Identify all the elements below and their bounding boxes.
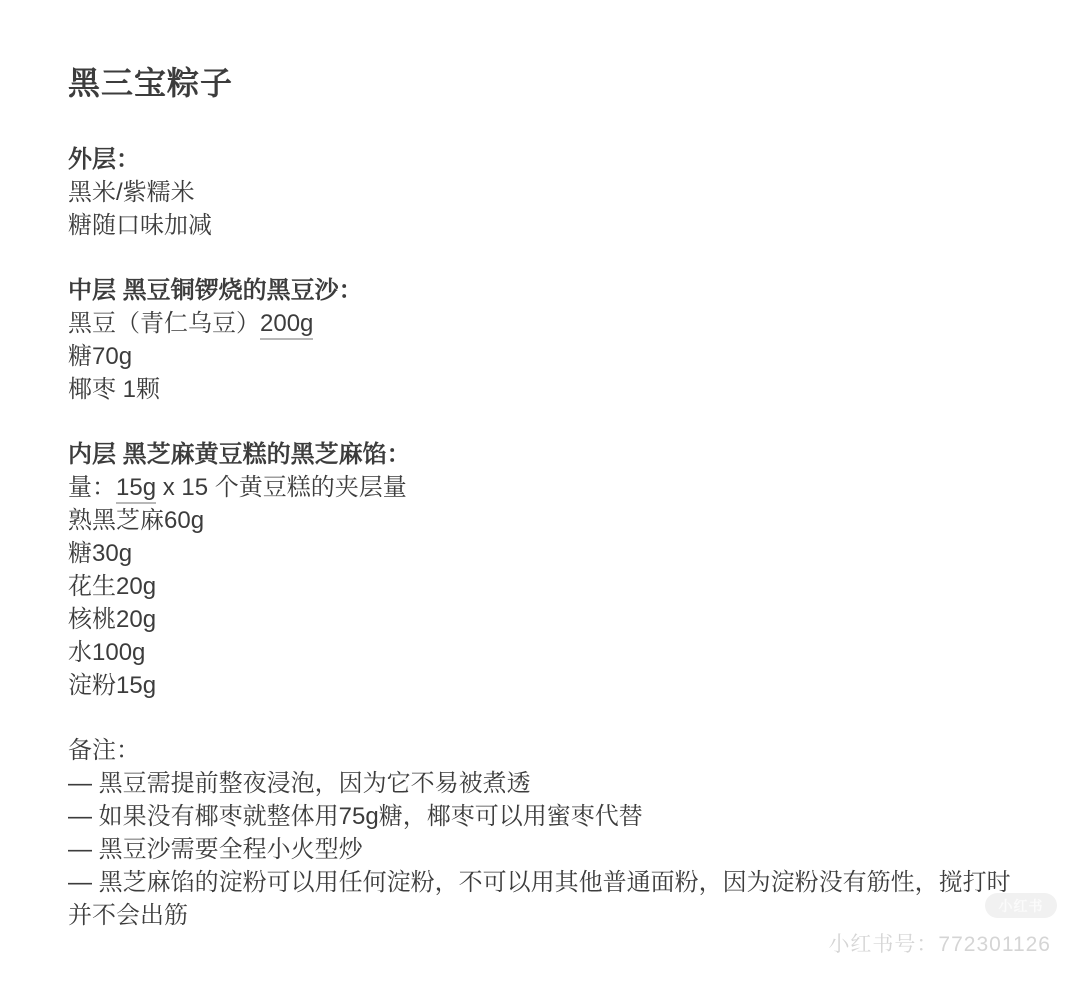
recipe-line: 黑米/紫糯米 (68, 176, 1018, 209)
recipe-section: 内层 黑芝麻黄豆糕的黑芝麻馅：量：15g x 15 个黄豆糕的夹层量熟黑芝麻60… (68, 438, 1018, 702)
recipe-line: 量：15g x 15 个黄豆糕的夹层量 (68, 471, 1018, 504)
line-text: 水100g (68, 639, 145, 666)
line-text: x 15 个黄豆糕的夹层量 (156, 474, 407, 501)
recipe-document: 黑三宝粽子 外层：黑米/紫糯米糖随口味加减中层 黑豆铜锣烧的黑豆沙：黑豆（青仁乌… (68, 62, 1018, 932)
recipe-line: 糖30g (68, 537, 1018, 570)
underlined-quantity: 200g (260, 310, 313, 340)
section-heading: 中层 黑豆铜锣烧的黑豆沙： (68, 274, 1018, 307)
xiaohongshu-logo-text: 小红书 (999, 896, 1044, 916)
recipe-line: 椰枣 1颗 (68, 373, 1018, 406)
section-heading: 外层： (68, 143, 1018, 176)
line-text: 糖30g (68, 540, 132, 567)
line-text: 熟黑芝麻60g (68, 507, 204, 534)
recipe-line: — 黑芝麻馅的淀粉可以用任何淀粉，不可以用其他普通面粉，因为淀粉没有筋性，搅打时… (68, 866, 1018, 932)
xiaohongshu-account-watermark: 小红书号：772301126 (828, 932, 1051, 958)
recipe-section: 备注：— 黑豆需提前整夜浸泡，因为它不易被煮透— 如果没有椰枣就整体用75g糖，… (68, 734, 1018, 932)
recipe-line: — 黑豆需提前整夜浸泡，因为它不易被煮透 (68, 767, 1018, 800)
section-heading: 备注： (68, 734, 1018, 767)
line-text: — 黑豆沙需要全程小火型炒 (68, 836, 363, 863)
page-title: 黑三宝粽子 (68, 62, 1018, 104)
sections: 外层：黑米/紫糯米糖随口味加减中层 黑豆铜锣烧的黑豆沙：黑豆（青仁乌豆）200g… (68, 143, 1018, 932)
recipe-line: 黑豆（青仁乌豆）200g (68, 307, 1018, 340)
line-text: — 黑豆需提前整夜浸泡，因为它不易被煮透 (68, 770, 531, 797)
recipe-section: 外层：黑米/紫糯米糖随口味加减 (68, 143, 1018, 242)
line-text: 糖70g (68, 343, 132, 370)
recipe-line: 糖随口味加减 (68, 209, 1018, 242)
recipe-line: 糖70g (68, 340, 1018, 373)
recipe-line: 淀粉15g (68, 669, 1018, 702)
line-text: 椰枣 1颗 (68, 376, 160, 403)
xiaohongshu-logo-watermark: 小红书 (985, 893, 1057, 918)
line-text: 淀粉15g (68, 672, 156, 699)
line-text: 黑豆（青仁乌豆） (68, 310, 260, 337)
line-text: — 黑芝麻馅的淀粉可以用任何淀粉，不可以用其他普通面粉，因为淀粉没有筋性，搅打时… (68, 869, 1011, 929)
line-text: — 如果没有椰枣就整体用75g糖，椰枣可以用蜜枣代替 (68, 803, 643, 830)
section-heading: 内层 黑芝麻黄豆糕的黑芝麻馅： (68, 438, 1018, 471)
line-text: 糖随口味加减 (68, 212, 212, 239)
recipe-section: 中层 黑豆铜锣烧的黑豆沙：黑豆（青仁乌豆）200g糖70g椰枣 1颗 (68, 274, 1018, 406)
line-text: 花生20g (68, 573, 156, 600)
recipe-line: — 黑豆沙需要全程小火型炒 (68, 833, 1018, 866)
recipe-line: 水100g (68, 636, 1018, 669)
line-text: 量： (68, 474, 116, 501)
recipe-line: 核桃20g (68, 603, 1018, 636)
underlined-quantity: 15g (116, 474, 156, 504)
recipe-line: 花生20g (68, 570, 1018, 603)
line-text: 黑米/紫糯米 (68, 179, 195, 206)
recipe-line: 熟黑芝麻60g (68, 504, 1018, 537)
line-text: 核桃20g (68, 606, 156, 633)
recipe-line: — 如果没有椰枣就整体用75g糖，椰枣可以用蜜枣代替 (68, 800, 1018, 833)
